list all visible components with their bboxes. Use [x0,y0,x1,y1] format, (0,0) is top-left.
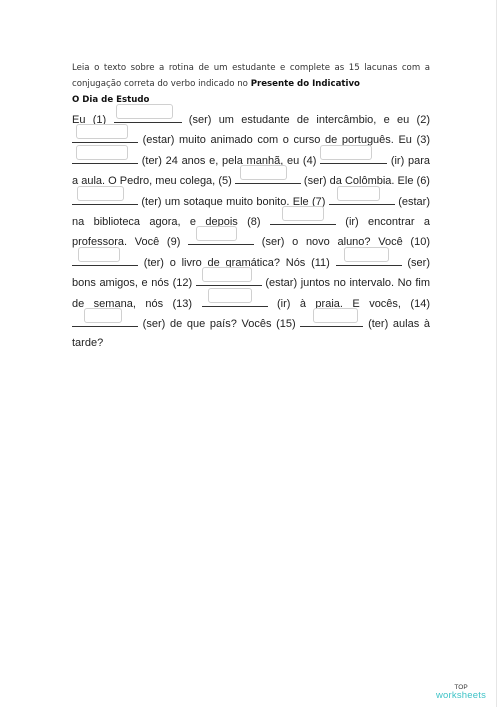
instructions-bold: Presente do Indicativo [251,79,360,89]
answer-input-7[interactable] [337,186,380,201]
text-segment: (ser) o novo aluno? Você (10) [254,236,430,248]
exercise-text: Eu (1) (ser) um estudante de intercâmbio… [72,110,430,354]
answer-input-6[interactable] [77,186,124,201]
answer-input-15[interactable] [313,308,358,323]
blank-6 [72,192,138,205]
answer-input-10[interactable] [78,247,120,262]
blank-2 [72,130,138,143]
topworksheets-logo: TOP worksheets [436,684,486,701]
answer-input-8[interactable] [282,206,324,221]
answer-input-13[interactable] [208,288,252,303]
blank-11 [336,253,402,266]
blank-13 [202,294,268,307]
blank-10 [72,253,138,266]
blank-3 [72,151,138,164]
text-segment: (estar) muito animado com o curso de por… [138,134,430,146]
answer-input-3[interactable] [76,145,128,160]
instructions: Leia o texto sobre a rotina de um estuda… [72,60,430,92]
text-segment: (ser) um estudante de intercâmbio, e eu … [182,114,431,126]
answer-input-11[interactable] [344,247,389,262]
answer-input-5[interactable] [240,165,287,180]
answer-input-12[interactable] [202,267,252,282]
blank-7 [329,192,395,205]
blank-1 [114,110,182,123]
logo-bottom-text: worksheets [436,691,486,701]
answer-input-14[interactable] [84,308,122,323]
text-segment: (ser) de que país? Vocês (15) [138,318,300,330]
blank-8 [270,212,336,225]
blank-4 [320,151,387,164]
blank-5 [235,171,301,184]
blank-12 [196,273,262,286]
answer-input-4[interactable] [320,145,372,160]
blank-14 [72,314,138,327]
text-segment: (ter) 24 anos e, pela manhã, eu (4) [138,155,320,167]
answer-input-1[interactable] [116,104,173,119]
answer-input-2[interactable] [76,124,128,139]
blank-15 [300,314,363,327]
blank-9 [188,232,254,245]
answer-input-9[interactable] [196,226,237,241]
